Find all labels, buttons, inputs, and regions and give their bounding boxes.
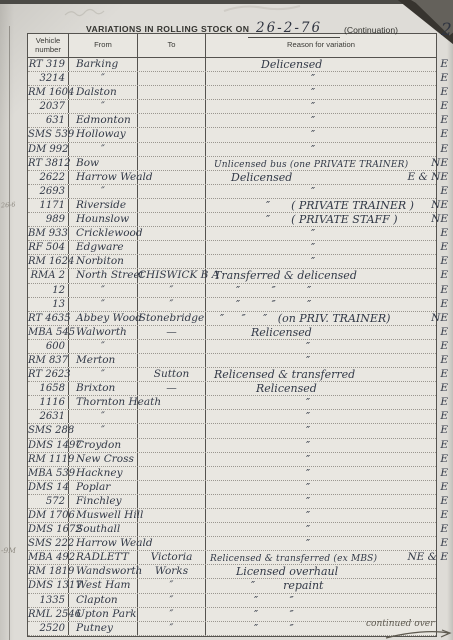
table-row: 631 Edmonton ″ E: [28, 114, 436, 128]
vehicle-number-cell: BM 933: [28, 227, 69, 240]
reason-cell: ″ E: [206, 340, 436, 353]
from-garage-cell: Hackney: [69, 467, 138, 480]
to-garage-cell: [138, 171, 206, 184]
table-row: DMS 14 Poplar ″ E: [28, 481, 436, 495]
from-garage-cell: Merton: [69, 354, 138, 367]
reason-cell: Delicensed E & NE: [206, 171, 436, 184]
to-garage-cell: [138, 157, 206, 170]
reason-cell: ″ E: [206, 354, 436, 367]
licence-status-code: E: [440, 424, 448, 438]
vehicle-number-cell: DM 1706: [28, 509, 69, 522]
from-garage-cell: ″: [69, 424, 138, 437]
reason-cell: ″ ( PRIVATE TRAINER ) NE: [206, 199, 436, 212]
table-row: RF 504 Edgware ″ E: [28, 241, 436, 255]
from-garage-cell: New Cross: [69, 453, 138, 466]
to-garage-cell: Sutton: [138, 368, 206, 381]
reason-cell: Relicensed & transferred E: [206, 368, 436, 381]
table-row: 1335 Clapton ″ ″ ″: [28, 594, 436, 608]
vehicle-number-cell: 13: [28, 298, 69, 311]
from-garage-cell: Brixton: [69, 382, 138, 395]
licence-status-code: E: [440, 185, 448, 199]
to-garage-cell: [138, 143, 206, 156]
reason-text: ″: [311, 128, 315, 142]
to-garage-cell: —: [138, 326, 206, 339]
licence-status-code: E: [440, 509, 448, 523]
table-row: RM 1624 Norbiton ″ E: [28, 255, 436, 269]
licence-status-code: E: [440, 453, 448, 467]
reason-cell: ″ E: [206, 396, 436, 409]
reason-text: ″: [306, 495, 310, 509]
licence-status-code: E: [440, 255, 448, 269]
vehicle-number-cell: DMS 1672: [28, 523, 69, 536]
table-row: 2631 ″ ″ E: [28, 410, 436, 424]
from-garage-cell: Barking: [69, 58, 138, 71]
vehicle-number-cell: 631: [28, 114, 69, 127]
vehicle-number-cell: 2693: [28, 185, 69, 198]
to-garage-cell: ″: [138, 608, 206, 621]
table-row: 600 ″ ″ E: [28, 340, 436, 354]
licence-status-code: E: [440, 269, 448, 283]
to-garage-cell: [138, 227, 206, 240]
reason-text: Delicensed: [261, 58, 322, 72]
to-garage-cell: [138, 128, 206, 141]
table-row: RM 1819 Wandsworth Works Licensed overha…: [28, 565, 436, 579]
licence-status-code: E: [440, 354, 448, 368]
vehicle-number-cell: RM 1819: [28, 565, 69, 578]
vehicle-number-cell: 572: [28, 495, 69, 508]
reason-cell: ″ E: [206, 410, 436, 423]
licence-status-code: NE: [431, 312, 448, 326]
to-garage-cell: [138, 396, 206, 409]
table-row: 2037 ″ ″ E: [28, 100, 436, 114]
from-garage-cell: RADLETT: [69, 551, 138, 564]
from-garage-cell: Edgware: [69, 241, 138, 254]
licence-status-code: E: [440, 143, 448, 157]
to-garage-cell: [138, 453, 206, 466]
reason-text: ″: [311, 100, 315, 114]
from-garage-cell: Edmonton: [69, 114, 138, 127]
date-underline: [248, 37, 340, 38]
reason-text: ″: [306, 410, 310, 424]
vehicle-number-cell: RT 3812: [28, 157, 69, 170]
from-garage-cell: North Street: [69, 269, 138, 282]
reason-text: ″: [311, 143, 315, 157]
to-garage-cell: [138, 467, 206, 480]
to-garage-cell: [138, 509, 206, 522]
reason-text: Relicensed: [251, 326, 312, 340]
from-garage-cell: Muswell Hill: [69, 509, 138, 522]
from-garage-cell: Cricklewood: [69, 227, 138, 240]
reason-text: ″: [306, 354, 310, 368]
reason-cell: ″ E: [206, 143, 436, 156]
vehicle-number-cell: 600: [28, 340, 69, 353]
from-garage-cell: Finchley: [69, 495, 138, 508]
from-garage-cell: Walworth: [69, 326, 138, 339]
licence-status-code: NE: [431, 213, 448, 227]
licence-status-code: E: [440, 326, 448, 340]
table-row: 3214 ″ ″ E: [28, 72, 436, 86]
reason-text: ″: [306, 509, 310, 523]
from-garage-cell: ″: [69, 143, 138, 156]
vehicle-number-cell: 2037: [28, 100, 69, 113]
vehicle-number-cell: RF 504: [28, 241, 69, 254]
reason-text: ″: [306, 439, 310, 453]
vehicle-number-cell: RM 1624: [28, 255, 69, 268]
vehicle-number-cell: DMS 1317: [28, 579, 69, 592]
vehicle-number-cell: RMA 2: [28, 269, 69, 282]
table-row: MBA 539 Hackney ″ E: [28, 467, 436, 481]
table-row: 12 ″ ″ ″ ″ ″ E: [28, 284, 436, 298]
to-garage-cell: [138, 439, 206, 452]
reason-cell: ″ E: [206, 86, 436, 99]
vehicle-number-cell: 2622: [28, 171, 69, 184]
table-row: RT 2623 ″ Sutton Relicensed & transferre…: [28, 368, 436, 382]
to-garage-cell: ″: [138, 284, 206, 297]
from-garage-cell: Upton Park: [69, 608, 138, 621]
reason-cell: ″ E: [206, 509, 436, 522]
to-garage-cell: [138, 537, 206, 550]
reason-text: ″: [306, 537, 310, 551]
licence-status-code: E: [440, 467, 448, 481]
from-garage-cell: Thornton Heath: [69, 396, 138, 409]
vehicle-number-cell: 1335: [28, 594, 69, 607]
table-row: MBA 492 RADLETT Victoria Relicensed & tr…: [28, 551, 436, 565]
reason-cell: ″ E: [206, 439, 436, 452]
licence-status-code: E: [440, 382, 448, 396]
header-vehicle-number: Vehicle number: [28, 34, 69, 57]
table-row: 13 ″ ″ ″ ″ ″ E: [28, 298, 436, 312]
to-garage-cell: [138, 481, 206, 494]
to-garage-cell: [138, 86, 206, 99]
table-row: SMS 539 Holloway ″ E: [28, 128, 436, 142]
licence-status-code: E: [440, 72, 448, 86]
to-garage-cell: ″: [138, 579, 206, 592]
reason-text: ″ ″: [254, 608, 294, 622]
licence-status-code: E: [440, 100, 448, 114]
from-garage-cell: Dalston: [69, 86, 138, 99]
rolling-stock-table: Vehicle number From To Reason for variat…: [27, 33, 437, 637]
table-row: RT 4635 Abbey Wood Stonebridge ″ ″ ″ (on…: [28, 312, 436, 326]
vehicle-number-cell: SMS 539: [28, 128, 69, 141]
margin-note-lower: -9M: [1, 547, 16, 555]
reason-cell: ″ E: [206, 523, 436, 536]
reason-cell: ″ E: [206, 241, 436, 254]
reason-text: ″ ″ ″: [236, 284, 311, 298]
table-row: RT 3812 Bow Unlicensed bus (one PRIVATE …: [28, 157, 436, 171]
reason-cell: ″ E: [206, 255, 436, 268]
from-garage-cell: ″: [69, 368, 138, 381]
licence-status-code: E: [440, 439, 448, 453]
table-row: DMS 1497 Croydon ″ E: [28, 439, 436, 453]
vehicle-number-cell: MBA 545: [28, 326, 69, 339]
vehicle-number-cell: 2631: [28, 410, 69, 423]
continuation-label: (Continuation): [344, 25, 398, 35]
licence-status-code: E: [440, 481, 448, 495]
pencil-smudge: [222, 2, 302, 16]
vehicle-number-cell: 1116: [28, 396, 69, 409]
vehicle-number-cell: MBA 492: [28, 551, 69, 564]
vehicle-number-cell: RT 2623: [28, 368, 69, 381]
table-row: 572 Finchley ″ E: [28, 495, 436, 509]
reason-cell: Relicensed E: [206, 326, 436, 339]
licence-status-code: NE: [431, 157, 448, 171]
reason-cell: ″ E: [206, 100, 436, 113]
table-row: MBA 545 Walworth — Relicensed E: [28, 326, 436, 340]
vehicle-number-cell: RM 1604: [28, 86, 69, 99]
pencil-smudge: [62, 4, 132, 20]
table-row: 1658 Brixton — Relicensed E: [28, 382, 436, 396]
reason-text: ″ ″: [254, 594, 294, 608]
from-garage-cell: ″: [69, 340, 138, 353]
licence-status-code: E: [440, 227, 448, 241]
licence-status-code: E: [440, 537, 448, 551]
licence-status-code: NE & E: [407, 551, 448, 565]
reason-text: Relicensed & transferred: [214, 368, 355, 382]
reason-text: ″ ( PRIVATE TRAINER ): [266, 199, 414, 213]
reason-cell: ″ E: [206, 227, 436, 240]
reason-cell: ″ E: [206, 481, 436, 494]
to-garage-cell: Works: [138, 565, 206, 578]
table-row: RMA 2 North Street CHISWICK B A Transfer…: [28, 269, 436, 283]
table-row: DMS 1672 Southall ″ E: [28, 523, 436, 537]
from-garage-cell: Riverside: [69, 199, 138, 212]
reason-text: ″ ″: [254, 622, 294, 636]
from-garage-cell: Harrow Weald: [69, 171, 138, 184]
from-garage-cell: Harrow Weald: [69, 537, 138, 550]
vehicle-number-cell: 1171: [28, 199, 69, 212]
reason-text: ″: [311, 86, 315, 100]
table-row: RT 319 Barking Delicensed E: [28, 58, 436, 72]
to-garage-cell: ″: [138, 298, 206, 311]
reason-text: ″: [306, 481, 310, 495]
reason-text: ″: [311, 114, 315, 128]
to-garage-cell: ″: [138, 594, 206, 607]
table-row: DM 1706 Muswell Hill ″ E: [28, 509, 436, 523]
to-garage-cell: Victoria: [138, 551, 206, 564]
licence-status-code: E: [440, 368, 448, 382]
reason-text: Transferred & delicensed: [214, 269, 357, 283]
document-title: VARIATIONS IN ROLLING STOCK ON: [86, 24, 249, 34]
reason-text: Licensed overhaul: [236, 565, 338, 579]
table-row: 2693 ″ ″ E: [28, 185, 436, 199]
reason-cell: Relicensed E: [206, 382, 436, 395]
from-garage-cell: Clapton: [69, 594, 138, 607]
reason-cell: Transferred & delicensed E: [206, 269, 436, 282]
licence-status-code: E: [440, 58, 448, 72]
reason-cell: ″ E: [206, 495, 436, 508]
reason-cell: ″ ″ ″ (on PRIV. TRAINER) NE: [206, 312, 436, 325]
from-garage-cell: Southall: [69, 523, 138, 536]
table-row: RM 1604 Dalston ″ E: [28, 86, 436, 100]
licence-status-code: E: [440, 114, 448, 128]
reason-cell: ″ ( PRIVATE STAFF ) NE: [206, 213, 436, 226]
table-row: 1116 Thornton Heath ″ E: [28, 396, 436, 410]
from-garage-cell: Norbiton: [69, 255, 138, 268]
reason-cell: ″ repaint: [206, 579, 436, 592]
table-row: RM 837 Merton ″ E: [28, 354, 436, 368]
to-garage-cell: CHISWICK B A: [138, 269, 206, 282]
licence-status-code: E: [440, 523, 448, 537]
header-from: From: [69, 34, 138, 57]
reason-text: ″: [306, 467, 310, 481]
reason-text: ″: [306, 523, 310, 537]
table-row: 989 Hounslow ″ ( PRIVATE STAFF ) NE: [28, 213, 436, 227]
from-garage-cell: Wandsworth: [69, 565, 138, 578]
licence-status-code: E: [440, 284, 448, 298]
to-garage-cell: [138, 241, 206, 254]
to-garage-cell: [138, 100, 206, 113]
from-garage-cell: ″: [69, 100, 138, 113]
reason-text: ″ ″ ″: [236, 298, 311, 312]
reason-text: ″: [311, 72, 315, 86]
to-garage-cell: [138, 213, 206, 226]
to-garage-cell: [138, 354, 206, 367]
from-garage-cell: ″: [69, 410, 138, 423]
from-garage-cell: ″: [69, 185, 138, 198]
table-row: RM 1119 New Cross ″ E: [28, 453, 436, 467]
from-garage-cell: ″: [69, 72, 138, 85]
to-garage-cell: [138, 495, 206, 508]
from-garage-cell: Putney: [69, 622, 138, 635]
reason-text: Relicensed: [256, 382, 317, 396]
reason-cell: ″ ″ ″ E: [206, 284, 436, 297]
reason-cell: ″ E: [206, 185, 436, 198]
licence-status-code: E: [440, 241, 448, 255]
reason-cell: ″ ″ ″ E: [206, 298, 436, 311]
scanned-document-page: 26-6 -9M VARIATIONS IN ROLLING STOCK ON …: [0, 0, 453, 640]
table-row: BM 933 Cricklewood ″ E: [28, 227, 436, 241]
to-garage-cell: [138, 58, 206, 71]
reason-cell: ″ E: [206, 128, 436, 141]
reason-cell: Delicensed E: [206, 58, 436, 71]
vehicle-number-cell: DM 992: [28, 143, 69, 156]
handwritten-date: 26-2-76: [256, 20, 322, 36]
reason-text: ″ repaint: [251, 579, 323, 593]
reason-text: ″ ″ ″ (on PRIV. TRAINER): [220, 312, 390, 326]
reason-text: ″: [311, 255, 315, 269]
reason-cell: ″ E: [206, 72, 436, 85]
from-garage-cell: ″: [69, 284, 138, 297]
vehicle-number-cell: SMS 288: [28, 424, 69, 437]
from-garage-cell: Abbey Wood: [69, 312, 138, 325]
vehicle-number-cell: MBA 539: [28, 467, 69, 480]
to-garage-cell: ″: [138, 622, 206, 635]
reason-cell: ″ E: [206, 467, 436, 480]
table-body: RT 319 Barking Delicensed E 3214 ″ ″ E R…: [28, 58, 436, 636]
licence-status-code: E: [440, 298, 448, 312]
page-number: 2: [441, 20, 452, 40]
from-garage-cell: West Ham: [69, 579, 138, 592]
from-garage-cell: ″: [69, 298, 138, 311]
to-garage-cell: [138, 255, 206, 268]
from-garage-cell: Holloway: [69, 128, 138, 141]
vehicle-number-cell: 989: [28, 213, 69, 226]
vehicle-number-cell: RM 1119: [28, 453, 69, 466]
to-garage-cell: [138, 199, 206, 212]
from-garage-cell: Hounslow: [69, 213, 138, 226]
vehicle-number-cell: 3214: [28, 72, 69, 85]
vehicle-number-cell: RML 2546: [28, 608, 69, 621]
licence-status-code: E: [440, 495, 448, 509]
reason-cell: Licensed overhaul: [206, 565, 436, 578]
vehicle-number-cell: RM 837: [28, 354, 69, 367]
licence-status-code: E: [440, 86, 448, 100]
vehicle-number-cell: 2520: [28, 622, 69, 635]
licence-status-code: E: [440, 396, 448, 410]
table-row: DM 992 ″ ″ E: [28, 143, 436, 157]
to-garage-cell: [138, 424, 206, 437]
table-row: 1171 Riverside ″ ( PRIVATE TRAINER ) NE: [28, 199, 436, 213]
table-row: SMS 288 ″ ″ E: [28, 424, 436, 438]
licence-status-code: E: [440, 410, 448, 424]
table-row: DMS 1317 West Ham ″ ″ repaint: [28, 579, 436, 593]
reason-text: ″ ( PRIVATE STAFF ): [266, 213, 398, 227]
licence-status-code: NE: [431, 199, 448, 213]
continued-over-arrow-icon: [384, 628, 453, 640]
reason-text: ″: [311, 227, 315, 241]
to-garage-cell: —: [138, 382, 206, 395]
vehicle-number-cell: RT 319: [28, 58, 69, 71]
from-garage-cell: Croydon: [69, 439, 138, 452]
reason-cell: Relicensed & transferred (ex MBS) NE & E: [206, 551, 436, 564]
licence-status-code: E: [440, 340, 448, 354]
vehicle-number-cell: DMS 1497: [28, 439, 69, 452]
vehicle-number-cell: RT 4635: [28, 312, 69, 325]
reason-text: ″: [306, 424, 310, 438]
reason-cell: ″ E: [206, 114, 436, 127]
vehicle-number-cell: 12: [28, 284, 69, 297]
vehicle-number-cell: SMS 222: [28, 537, 69, 550]
reason-text: ″: [306, 453, 310, 467]
reason-text: ″: [311, 241, 315, 255]
table-header-row: Vehicle number From To Reason for variat…: [28, 34, 436, 58]
licence-status-code: E & NE: [407, 171, 448, 185]
table-row: SMS 222 Harrow Weald ″ E: [28, 537, 436, 551]
reason-cell: ″ E: [206, 424, 436, 437]
header-to: To: [138, 34, 206, 57]
to-garage-cell: [138, 114, 206, 127]
from-garage-cell: Bow: [69, 157, 138, 170]
vehicle-number-cell: DMS 14: [28, 481, 69, 494]
reason-text: ″: [311, 185, 315, 199]
reason-cell: ″ E: [206, 453, 436, 466]
reason-cell: ″ E: [206, 537, 436, 550]
reason-text: ″: [306, 340, 310, 354]
vehicle-number-cell: 1658: [28, 382, 69, 395]
reason-cell: Unlicensed bus (one PRIVATE TRAINER) NE: [206, 157, 436, 170]
to-garage-cell: [138, 523, 206, 536]
licence-status-code: E: [440, 128, 448, 142]
reason-text: Delicensed: [231, 171, 292, 185]
to-garage-cell: [138, 340, 206, 353]
to-garage-cell: [138, 185, 206, 198]
margin-note-upper: 26-6: [1, 201, 16, 209]
to-garage-cell: Stonebridge: [138, 312, 206, 325]
to-garage-cell: [138, 72, 206, 85]
from-garage-cell: Poplar: [69, 481, 138, 494]
reason-text: ″: [306, 396, 310, 410]
table-row: 2622 Harrow Weald Delicensed E & NE: [28, 171, 436, 185]
reason-cell: ″ ″: [206, 594, 436, 607]
to-garage-cell: [138, 410, 206, 423]
